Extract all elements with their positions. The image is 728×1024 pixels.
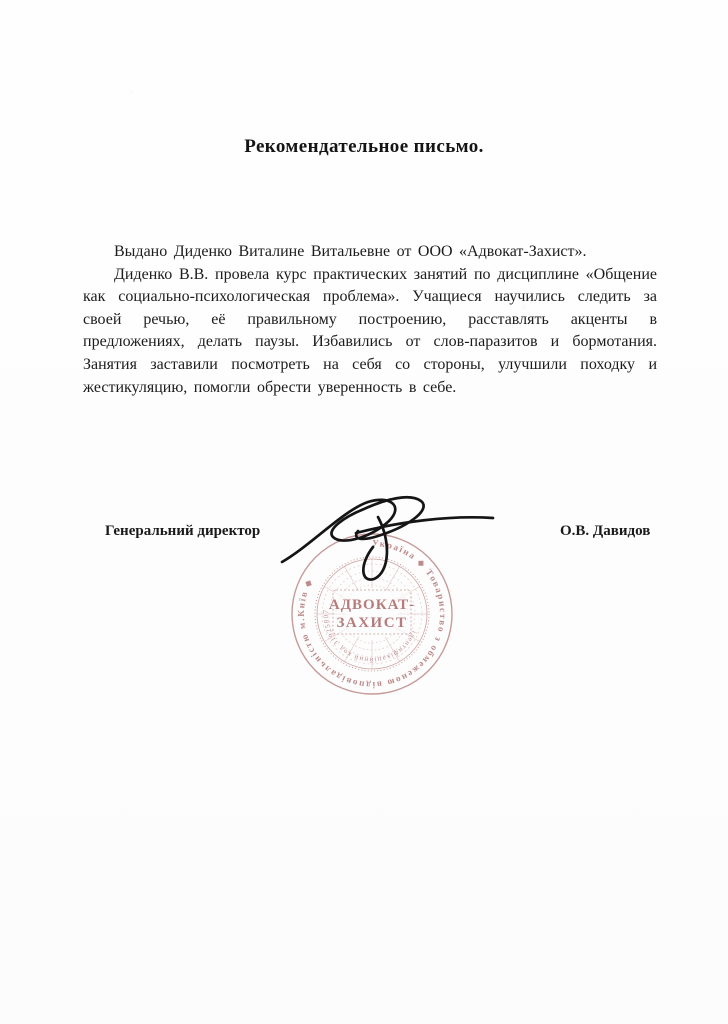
stamp-center-line2: ЗАХИСТ	[336, 615, 407, 631]
document-title: Рекомендательное письмо.	[0, 136, 728, 158]
signer-name: О.В. Давидов	[560, 523, 650, 540]
scanned-letter-page: Рекомендательное письмо. Выдано Диденко …	[0, 0, 728, 1024]
signature-ink	[260, 486, 500, 596]
paragraph-issued-to: Выдано Диденко Виталине Витальевне от ОО…	[83, 241, 657, 264]
stamp-center-line1: АДВОКАТ-	[329, 597, 415, 613]
signer-position-label: Генеральний директор	[105, 523, 260, 540]
letter-body: Выдано Диденко Виталине Витальевне от ОО…	[83, 241, 657, 399]
paragraph-course-description: Диденко В.В. провела курс практических з…	[83, 264, 657, 400]
